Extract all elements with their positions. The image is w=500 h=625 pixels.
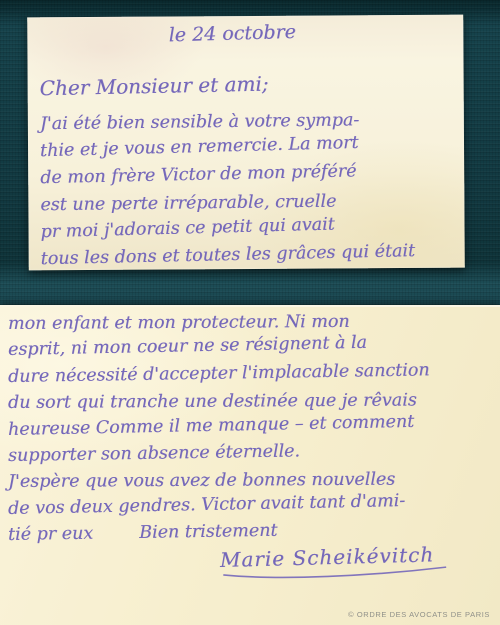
letter-card-recto: le 24 octobre Cher Monsieur et ami; J'ai…	[27, 15, 465, 271]
signature-block: Marie Scheikévitch	[220, 542, 453, 582]
salutation-line: Cher Monsieur et ami;	[39, 68, 455, 100]
letter-card-verso: mon enfant et mon protecteur. Ni mon esp…	[0, 305, 500, 625]
closing-phrase: Bien tristement	[139, 518, 278, 547]
verso-body-text: mon enfant et mon protecteur. Ni mon esp…	[8, 311, 494, 549]
letter-photo: le 24 octobre Cher Monsieur et ami; J'ai…	[0, 0, 500, 625]
recto-body-text: J'ai été bien sensible à votre sympa- th…	[40, 109, 457, 274]
handwriting-line: tié pr eux	[8, 521, 94, 549]
letter-date: le 24 octobre	[69, 18, 395, 49]
copyright-credit: © ORDRE DES AVOCATS DE PARIS	[348, 610, 490, 619]
signature: Marie Scheikévitch	[220, 542, 435, 572]
